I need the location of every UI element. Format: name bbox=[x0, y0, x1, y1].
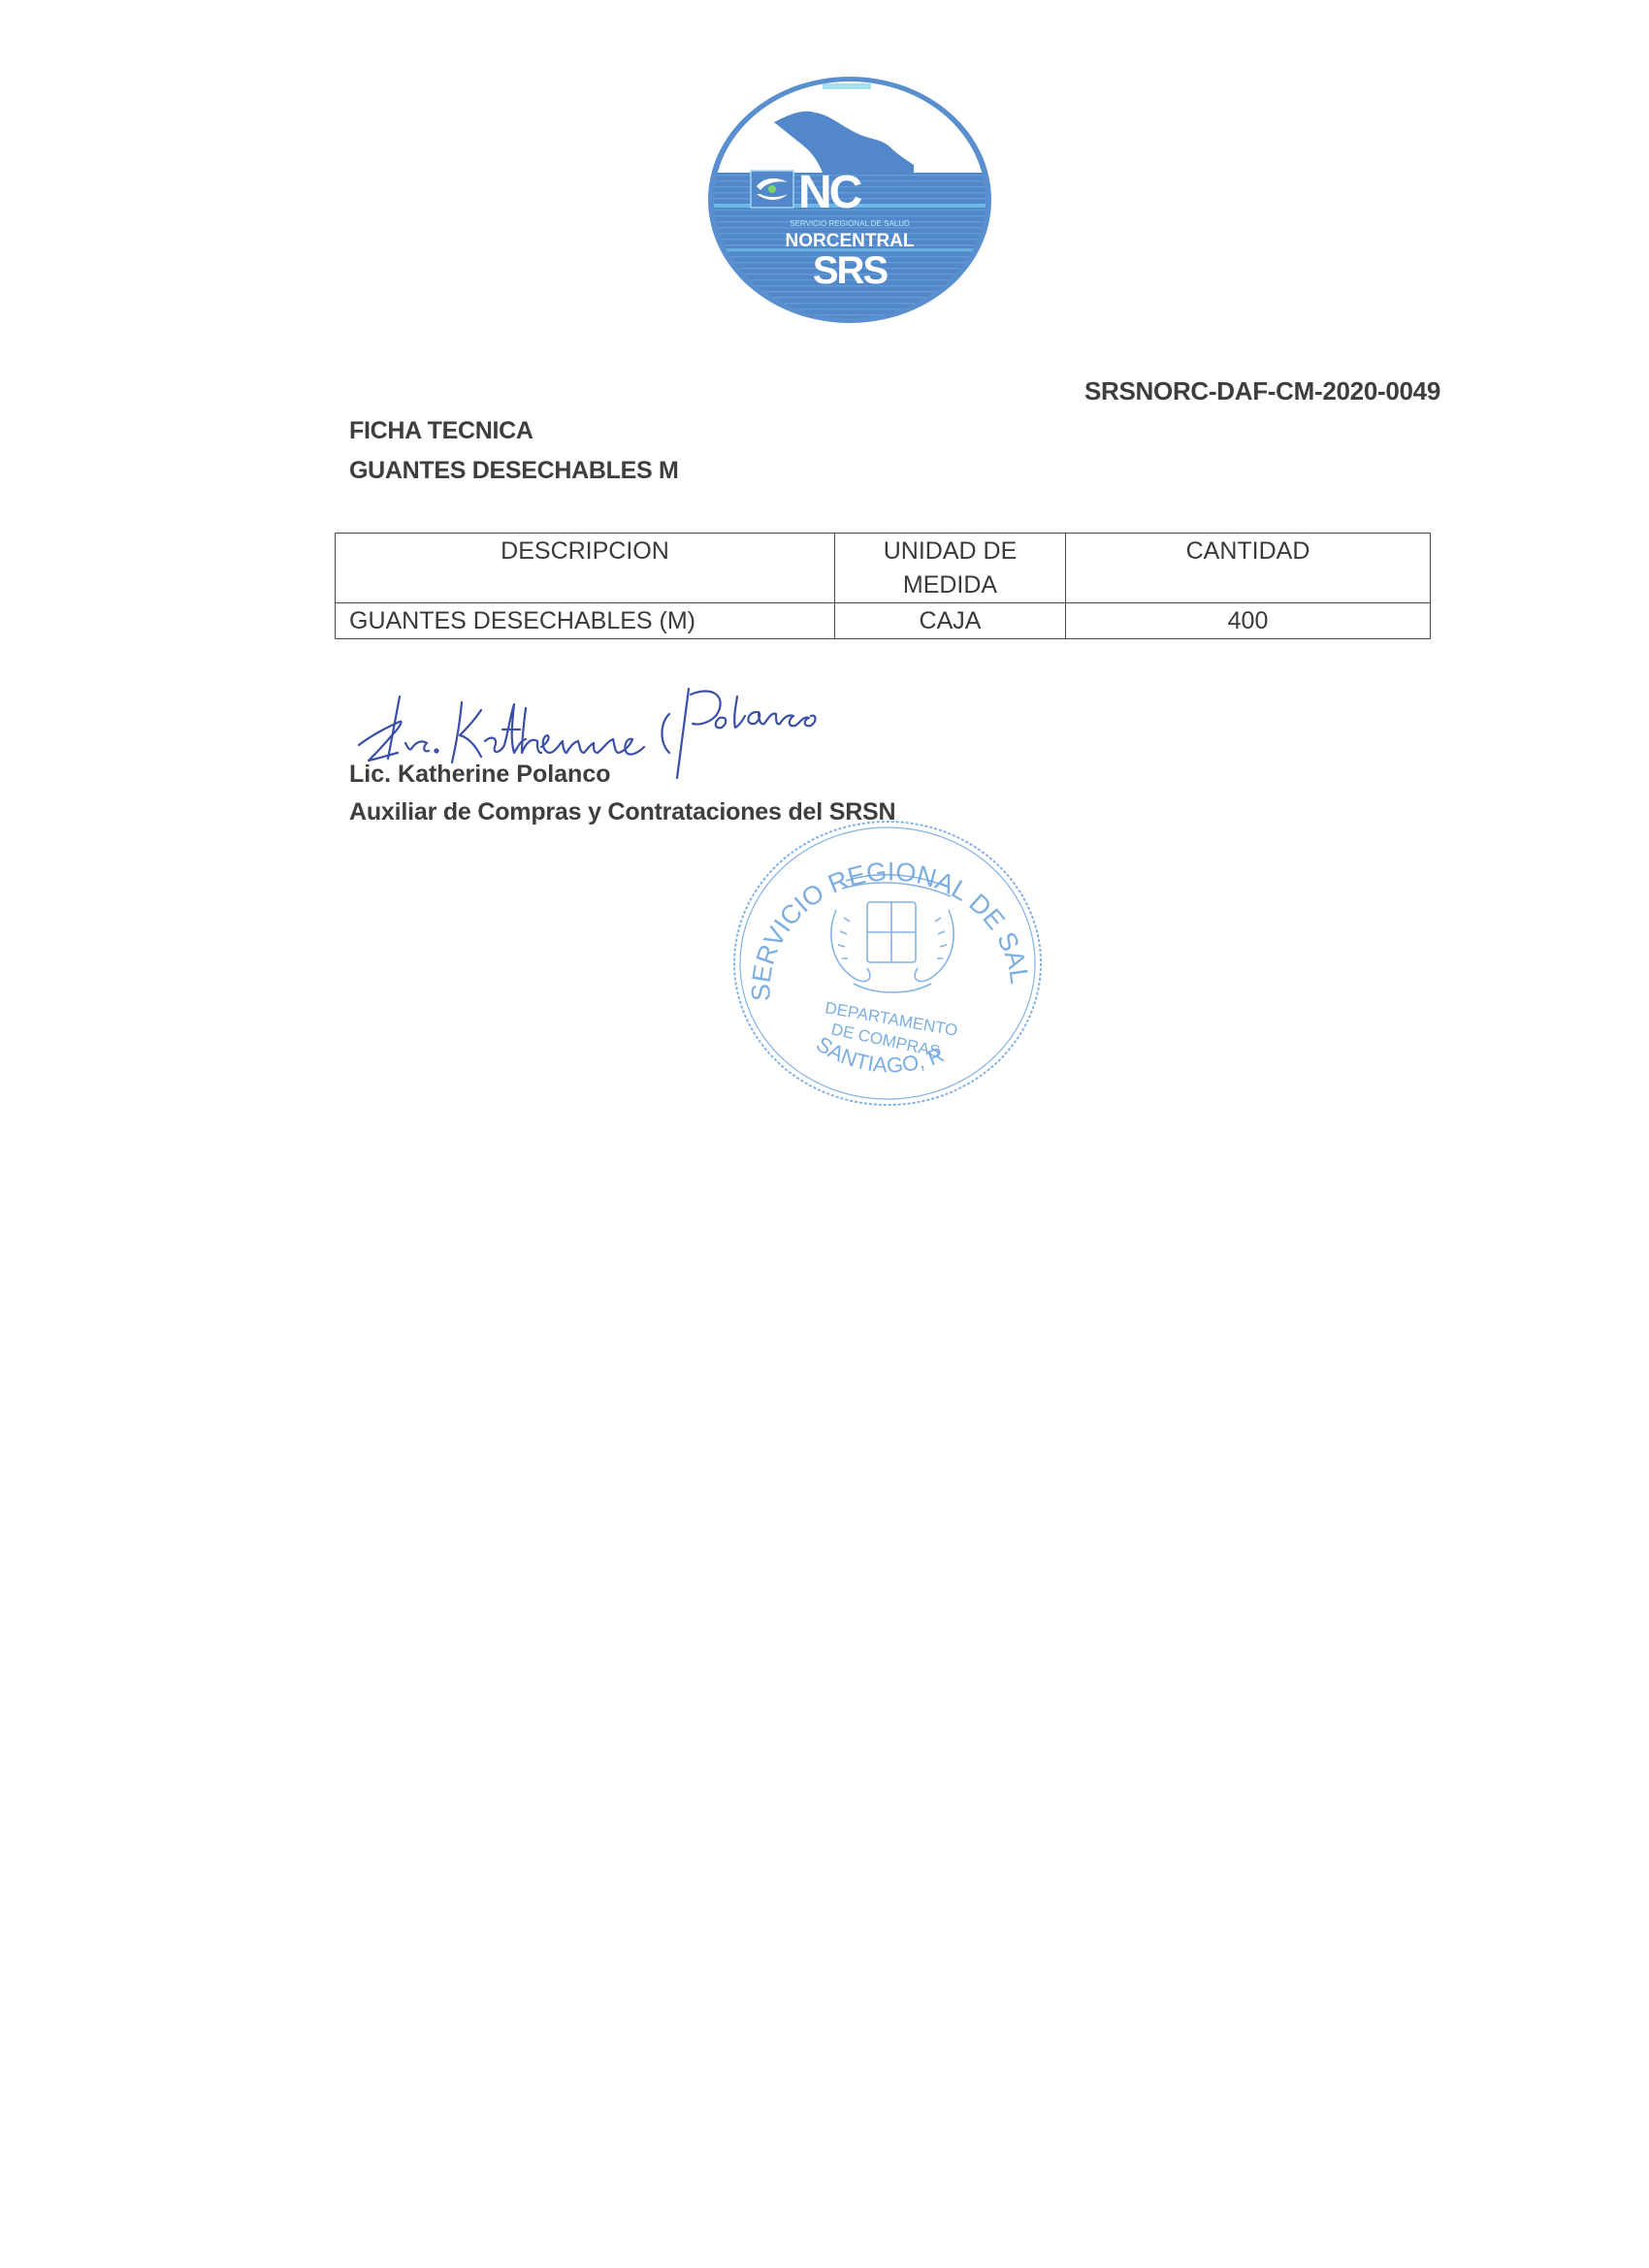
logo-region: NORCENTRAL bbox=[786, 231, 915, 251]
table-row: GUANTES DESECHABLES (M) CAJA 400 bbox=[336, 603, 1431, 639]
signatory-name: Lic. Katherine Polanco bbox=[349, 761, 611, 789]
document-title: FICHA TECNICA bbox=[349, 417, 533, 445]
cell-quantity: 400 bbox=[1066, 603, 1431, 639]
document-reference: SRSNORC-DAF-CM-2020-0049 bbox=[1084, 376, 1440, 406]
cell-description: GUANTES DESECHABLES (M) bbox=[336, 603, 835, 639]
header-unit: UNIDAD DE MEDIDA bbox=[835, 534, 1066, 603]
logo-acronym: SRS bbox=[813, 249, 889, 292]
document-subtitle: GUANTES DESECHABLES M bbox=[349, 457, 679, 485]
stamp-ring-text: SERVICIO REGIONAL DE SALUD NORCENTRAL II bbox=[729, 817, 1034, 1001]
srs-norcentral-logo: NC SERVICIO REGIONAL DE SALUD NORCENTRAL… bbox=[706, 76, 993, 324]
header-quantity: CANTIDAD bbox=[1066, 534, 1431, 603]
logo-monogram: NC bbox=[798, 167, 862, 218]
logo-subtitle: SERVICIO REGIONAL DE SALUD bbox=[790, 219, 910, 228]
header-unit-line1: UNIDAD DE bbox=[884, 537, 1018, 565]
header-description: DESCRIPCION bbox=[336, 534, 835, 603]
official-stamp: SERVICIO REGIONAL DE SALUD NORCENTRAL II… bbox=[729, 817, 1046, 1110]
table-header-row: DESCRIPCION UNIDAD DE MEDIDA CANTIDAD bbox=[336, 534, 1431, 603]
header-unit-line2: MEDIDA bbox=[903, 571, 997, 599]
cell-unit: CAJA bbox=[835, 603, 1066, 639]
items-table: DESCRIPCION UNIDAD DE MEDIDA CANTIDAD GU… bbox=[335, 533, 1431, 639]
